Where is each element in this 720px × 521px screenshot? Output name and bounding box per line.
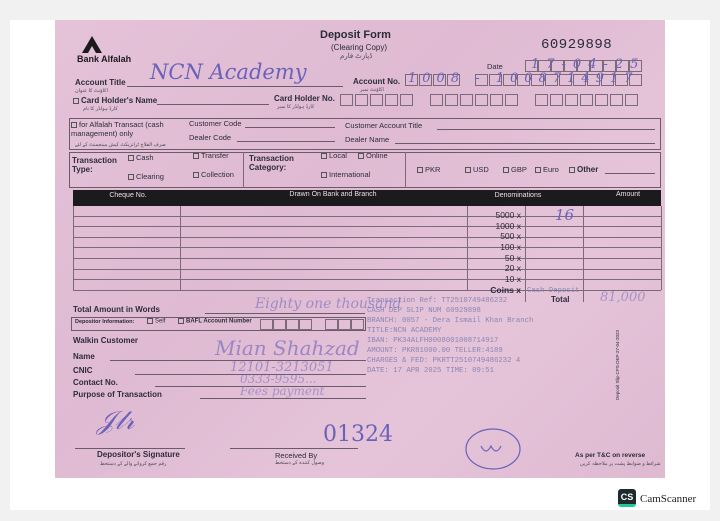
total-value: 81,000: [600, 290, 646, 305]
currency-other-label: Other: [577, 165, 598, 174]
header-denominations: Denominations: [473, 192, 563, 199]
cnic-label: CNIC: [73, 366, 93, 375]
currency-usd-label: USD: [473, 165, 489, 174]
account-title-field[interactable]: [127, 86, 343, 87]
account-no-value: 1008 - 1008714917: [408, 71, 638, 86]
category-international-label: International: [329, 170, 370, 179]
received-by-value: 01324: [323, 422, 393, 447]
name-label: Name: [73, 352, 95, 361]
currency-gbp-checkbox[interactable]: GBP: [503, 165, 527, 174]
card-holder-name-urdu: کارڈ ہولڈر کا نام: [83, 106, 118, 112]
stamp-line: CHARGES & FED: PKRTT2510749486232 4: [367, 356, 580, 366]
transaction-type-label: Transaction Type:: [72, 156, 117, 174]
type-collection-checkbox[interactable]: Collection: [193, 170, 234, 179]
stamp-line: DATE: 17 APR 2025 TIME: 09:51: [367, 366, 580, 376]
stamp-line: AMOUNT: PKR81000.00 TELLER:4189: [367, 346, 580, 356]
header-cheque-no: Cheque No.: [93, 192, 163, 199]
category-online-checkbox[interactable]: Online: [358, 151, 388, 160]
amount-words-field[interactable]: [205, 313, 365, 314]
depositor-info-label: Depositor Information:: [75, 319, 134, 325]
bafl-account-checkbox[interactable]: BAFL Account Number: [178, 318, 252, 325]
stamp-line: BRANCH: 0057 - Dera Ismail Khan Branch: [367, 316, 580, 326]
type-transfer-checkbox[interactable]: Transfer: [193, 151, 229, 160]
form-title: Deposit Form: [320, 29, 391, 41]
table-header: Cheque No. Drawn On Bank and Branch Deno…: [73, 190, 661, 206]
currency-other-field[interactable]: [605, 173, 655, 174]
dealer-name-label: Dealer Name: [345, 135, 389, 144]
denom-500: 500 x: [471, 231, 521, 241]
count-5000-value: 16: [555, 206, 574, 224]
contact-label: Contact No.: [73, 378, 118, 387]
account-title-urdu: اکاؤنٹ کا عنوان: [75, 88, 108, 94]
denom-50: 50 x: [471, 253, 521, 263]
category-online-label: Online: [366, 151, 388, 160]
form-subtitle: (Clearing Copy): [331, 43, 387, 52]
side-code: Deposit Slip-CPS-DEP-27-04-2023: [615, 310, 620, 400]
self-label: Self: [155, 319, 165, 325]
account-no-urdu: اکاؤنٹ نمبر: [360, 87, 384, 93]
form-title-urdu: ڈپازٹ فارم: [340, 52, 372, 60]
initials-signature-icon: [463, 424, 525, 477]
denom-5000: 5000 x: [471, 210, 521, 220]
type-clearing-checkbox[interactable]: Clearing: [128, 172, 164, 181]
purpose-value: Fees payment: [240, 384, 325, 398]
account-no-label: Account No.: [353, 77, 400, 86]
card-holder-no-field[interactable]: [340, 94, 650, 108]
denom-1000: 1000 x: [471, 221, 521, 231]
customer-code-label: Customer Code: [189, 119, 242, 128]
amount-words-label: Total Amount in Words: [73, 305, 160, 314]
currency-other-checkbox[interactable]: Other: [569, 165, 598, 174]
card-holder-name-text: Card Holder's Name: [81, 96, 157, 105]
serial-number: 60929898: [541, 37, 612, 53]
denom-10: 10 x: [471, 274, 521, 284]
purpose-label: Purpose of Transaction: [73, 390, 162, 399]
amount-words-value: Eighty one thousand: [255, 296, 401, 312]
type-transfer-label: Transfer: [201, 151, 229, 160]
card-holder-no-urdu: کارڈ ہولڈر کا نمبر: [277, 104, 314, 110]
dealer-name-field[interactable]: [395, 143, 655, 144]
depositor-signature-urdu: رقم جمع کروانے والے کے دستخط: [100, 461, 166, 467]
depositor-signature-label: Depositor's Signature: [97, 450, 180, 459]
customer-account-title-field[interactable]: [437, 129, 655, 130]
deposit-form: Bank Alfalah Deposit Form (Clearing Copy…: [55, 20, 665, 478]
customer-account-title-label: Customer Account Title: [345, 121, 422, 130]
stamp-line: Cash Deposit: [527, 286, 580, 296]
date-label: Date: [487, 62, 503, 71]
name-value: Mian Shahzad: [215, 336, 360, 360]
type-collection-label: Collection: [201, 170, 234, 179]
header-drawn-on: Drawn On Bank and Branch: [258, 191, 408, 198]
currency-euro-checkbox[interactable]: Euro: [535, 165, 559, 174]
header-amount: Amount: [603, 191, 653, 198]
tc-label: As per T&C on reverse: [575, 452, 645, 459]
dealer-code-field[interactable]: [237, 141, 335, 142]
stamp-line: IBAN: PK34ALFH0008001008714917: [367, 336, 580, 346]
currency-euro-label: Euro: [543, 165, 559, 174]
denom-20: 20 x: [471, 263, 521, 273]
transaction-category-label: Transaction Category:: [249, 154, 304, 172]
stamp-line: TITLE:NCN ACADEMY: [367, 326, 580, 336]
alfalah-transact-urdu: صرف الفلاح ٹرانزیکٹ کیش مینجمنٹ کے لئے: [75, 142, 166, 148]
walkin-customer-label: Walkin Customer: [73, 336, 138, 345]
account-no-field[interactable]: 1008 - 1008714917: [405, 74, 655, 88]
received-by-label: Received By: [275, 451, 317, 460]
camscanner-label: CamScanner: [640, 493, 696, 505]
card-holder-name-field[interactable]: [157, 104, 269, 105]
dealer-code-label: Dealer Code: [189, 133, 231, 142]
category-international-checkbox[interactable]: International: [321, 170, 370, 179]
type-cash-checkbox[interactable]: Cash: [128, 153, 154, 162]
bafl-account-label: BAFL Account Number: [186, 319, 252, 325]
tc-urdu: شرائط و ضوابط پشت پر ملاحظہ کریں: [580, 461, 661, 467]
self-checkbox[interactable]: Self: [147, 318, 165, 325]
bank-name: Bank Alfalah: [77, 54, 131, 64]
card-holder-name-label[interactable]: Card Holder's Name: [73, 96, 157, 105]
camscanner-logo-icon: CS: [618, 489, 636, 507]
account-title-value: NCN Academy: [150, 60, 307, 84]
category-local-checkbox[interactable]: Local: [321, 151, 347, 160]
customer-code-field[interactable]: [245, 127, 335, 128]
card-holder-checkbox[interactable]: [73, 98, 79, 104]
purpose-field[interactable]: [200, 398, 366, 399]
received-by-urdu: وصول کنندہ کے دستخط: [275, 460, 324, 466]
date-value: 17-04-25: [531, 57, 645, 72]
depositor-signature[interactable]: 𝒥𝓁𝓇: [97, 406, 134, 437]
card-holder-no-label: Card Holder No.: [274, 94, 335, 103]
type-clearing-label: Clearing: [136, 172, 164, 181]
currency-gbp-label: GBP: [511, 165, 527, 174]
alfalah-transact-label: for Alfalah Transact (cash management) o…: [71, 120, 164, 138]
account-title-label: Account Title: [75, 78, 126, 87]
currency-pkr-label: PKR: [425, 165, 440, 174]
category-local-label: Local: [329, 151, 347, 160]
currency-usd-checkbox[interactable]: USD: [465, 165, 489, 174]
alfalah-transact-checkbox[interactable]: for Alfalah Transact (cash management) o…: [71, 120, 171, 138]
bafl-account-field[interactable]: [260, 319, 366, 330]
denom-100: 100 x: [471, 242, 521, 252]
currency-pkr-checkbox[interactable]: PKR: [417, 165, 440, 174]
type-cash-label: Cash: [136, 153, 154, 162]
